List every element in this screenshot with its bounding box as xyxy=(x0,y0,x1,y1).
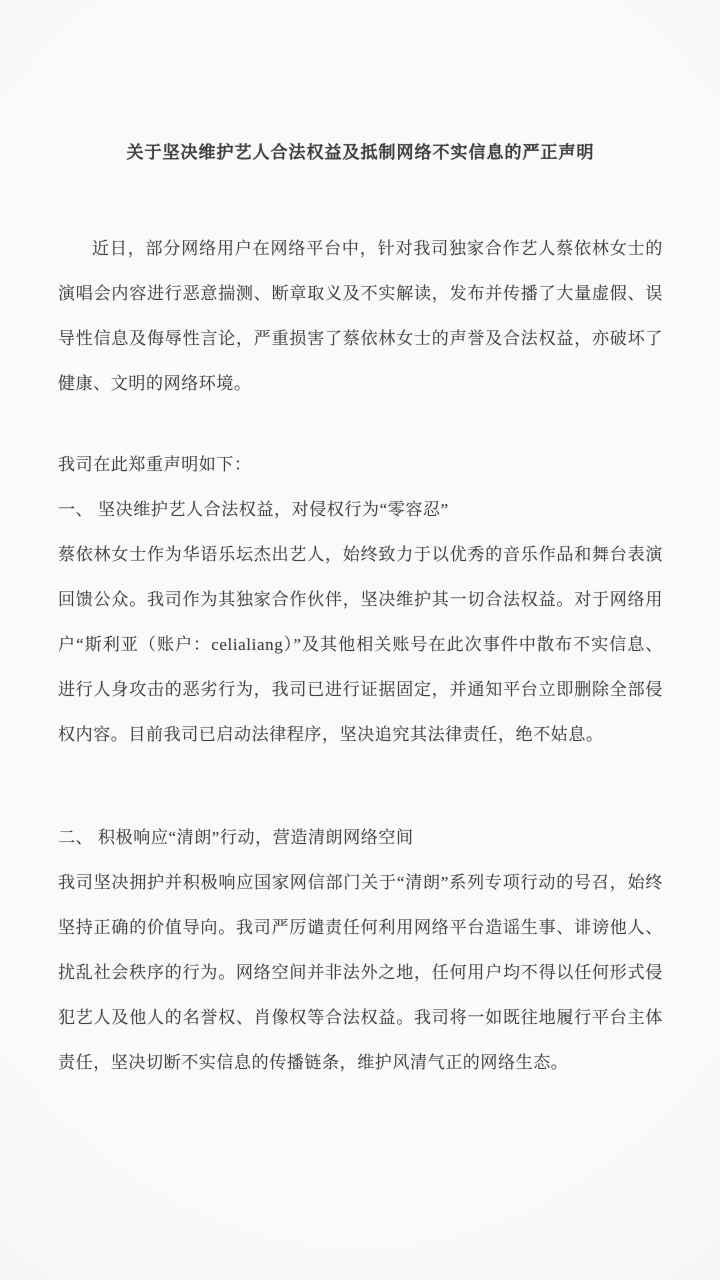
section-2-body: 我司坚决拥护并积极响应国家网信部门关于“清朗”系列专项行动的号召，始终坚持正确的… xyxy=(58,860,663,1085)
statement-document: 关于坚决维护艺人合法权益及抵制网络不实信息的严正声明 近日，部分网络用户在网络平… xyxy=(0,0,720,1280)
declaration-lead: 我司在此郑重声明如下： xyxy=(58,442,663,487)
section-1-body: 蔡依林女士作为华语乐坛杰出艺人，始终致力于以优秀的音乐作品和舞台表演回馈公众。我… xyxy=(58,532,663,757)
intro-paragraph: 近日，部分网络用户在网络平台中，针对我司独家合作艺人蔡依林女士的演唱会内容进行恶… xyxy=(58,226,663,406)
section-2-heading: 二、 积极响应“清朗”行动，营造清朗网络空间 xyxy=(58,815,663,860)
document-title: 关于坚决维护艺人合法权益及抵制网络不实信息的严正声明 xyxy=(58,140,663,166)
section-1-heading: 一、 坚决维护艺人合法权益，对侵权行为“零容忍” xyxy=(58,487,663,532)
